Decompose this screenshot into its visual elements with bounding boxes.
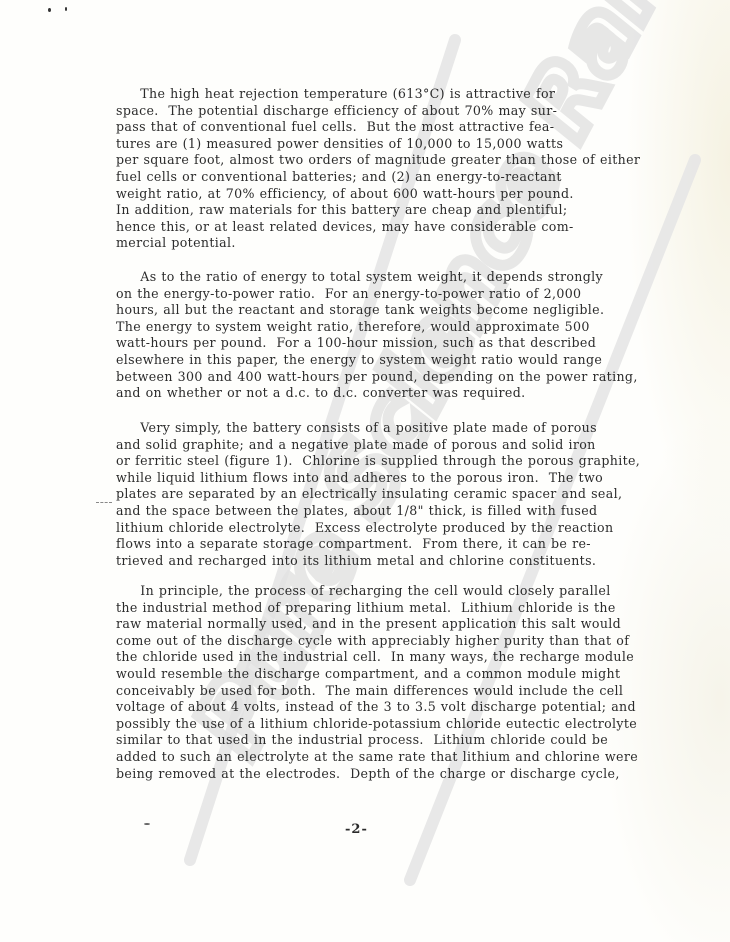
text-line: or ferritic steel (figure 1). Chlorine i… [116, 453, 640, 470]
text-line: pass that of conventional fuel cells. Bu… [116, 119, 640, 136]
text-line: and on whether or not a d.c. to d.c. con… [116, 385, 638, 402]
text-line: The energy to system weight ratio, there… [116, 319, 638, 336]
text-line: would resemble the discharge compartment… [116, 666, 638, 683]
text-line: conceivably be used for both. The main d… [116, 683, 638, 700]
text-line: plates are separated by an electrically … [116, 486, 640, 503]
text-line: The high heat rejection temperature (613… [116, 86, 640, 103]
text-line: hence this, or at least related devices,… [116, 219, 640, 236]
margin-mark [96, 502, 112, 504]
scan-speck [144, 823, 150, 825]
text-line: voltage of about 4 volts, instead of the… [116, 699, 638, 716]
text-line: elsewhere in this paper, the energy to s… [116, 352, 638, 369]
paragraph-heat-rejection: The high heat rejection temperature (613… [116, 86, 640, 252]
text-line: raw material normally used, and in the p… [116, 616, 638, 633]
text-line: lithium chloride electrolyte. Excess ele… [116, 520, 640, 537]
text-line: fuel cells or conventional batteries; an… [116, 169, 640, 186]
text-line: similar to that used in the industrial p… [116, 732, 638, 749]
paragraph-energy-weight-ratio: As to the ratio of energy to total syste… [116, 269, 638, 402]
text-line: possibly the use of a lithium chloride-p… [116, 716, 638, 733]
paragraph-battery-construction: Very simply, the battery consists of a p… [116, 420, 640, 569]
document-page: Pure Science Rare The high heat rejectio… [0, 0, 730, 942]
text-line: In principle, the process of recharging … [116, 583, 638, 600]
text-line: per square foot, almost two orders of ma… [116, 152, 640, 169]
text-line: flows into a separate storage compartmen… [116, 536, 640, 553]
text-line: hours, all but the reactant and storage … [116, 302, 638, 319]
text-line: mercial potential. [116, 235, 640, 252]
scan-speck [65, 7, 67, 11]
text-line: on the energy-to-power ratio. For an ene… [116, 286, 638, 303]
text-line: and the space between the plates, about … [116, 503, 640, 520]
text-line: As to the ratio of energy to total syste… [116, 269, 638, 286]
text-line: weight ratio, at 70% efficiency, of abou… [116, 186, 640, 203]
text-line: tures are (1) measured power densities o… [116, 136, 640, 153]
text-line: trieved and recharged into its lithium m… [116, 553, 640, 570]
text-line: the industrial method of preparing lithi… [116, 600, 638, 617]
page-number: -2- [345, 822, 368, 837]
paragraph-recharging-process: In principle, the process of recharging … [116, 583, 638, 782]
text-line: space. The potential discharge efficienc… [116, 103, 640, 120]
text-line: added to such an electrolyte at the same… [116, 749, 638, 766]
text-line: between 300 and 400 watt-hours per pound… [116, 369, 638, 386]
text-line: In addition, raw materials for this batt… [116, 202, 640, 219]
text-line: Very simply, the battery consists of a p… [116, 420, 640, 437]
scan-speck [48, 8, 51, 12]
text-line: the chloride used in the industrial cell… [116, 649, 638, 666]
text-line: and solid graphite; and a negative plate… [116, 437, 640, 454]
text-line: watt-hours per pound. For a 100-hour mis… [116, 335, 638, 352]
text-line: being removed at the electrodes. Depth o… [116, 766, 638, 783]
text-line: come out of the discharge cycle with app… [116, 633, 638, 650]
text-line: while liquid lithium flows into and adhe… [116, 470, 640, 487]
